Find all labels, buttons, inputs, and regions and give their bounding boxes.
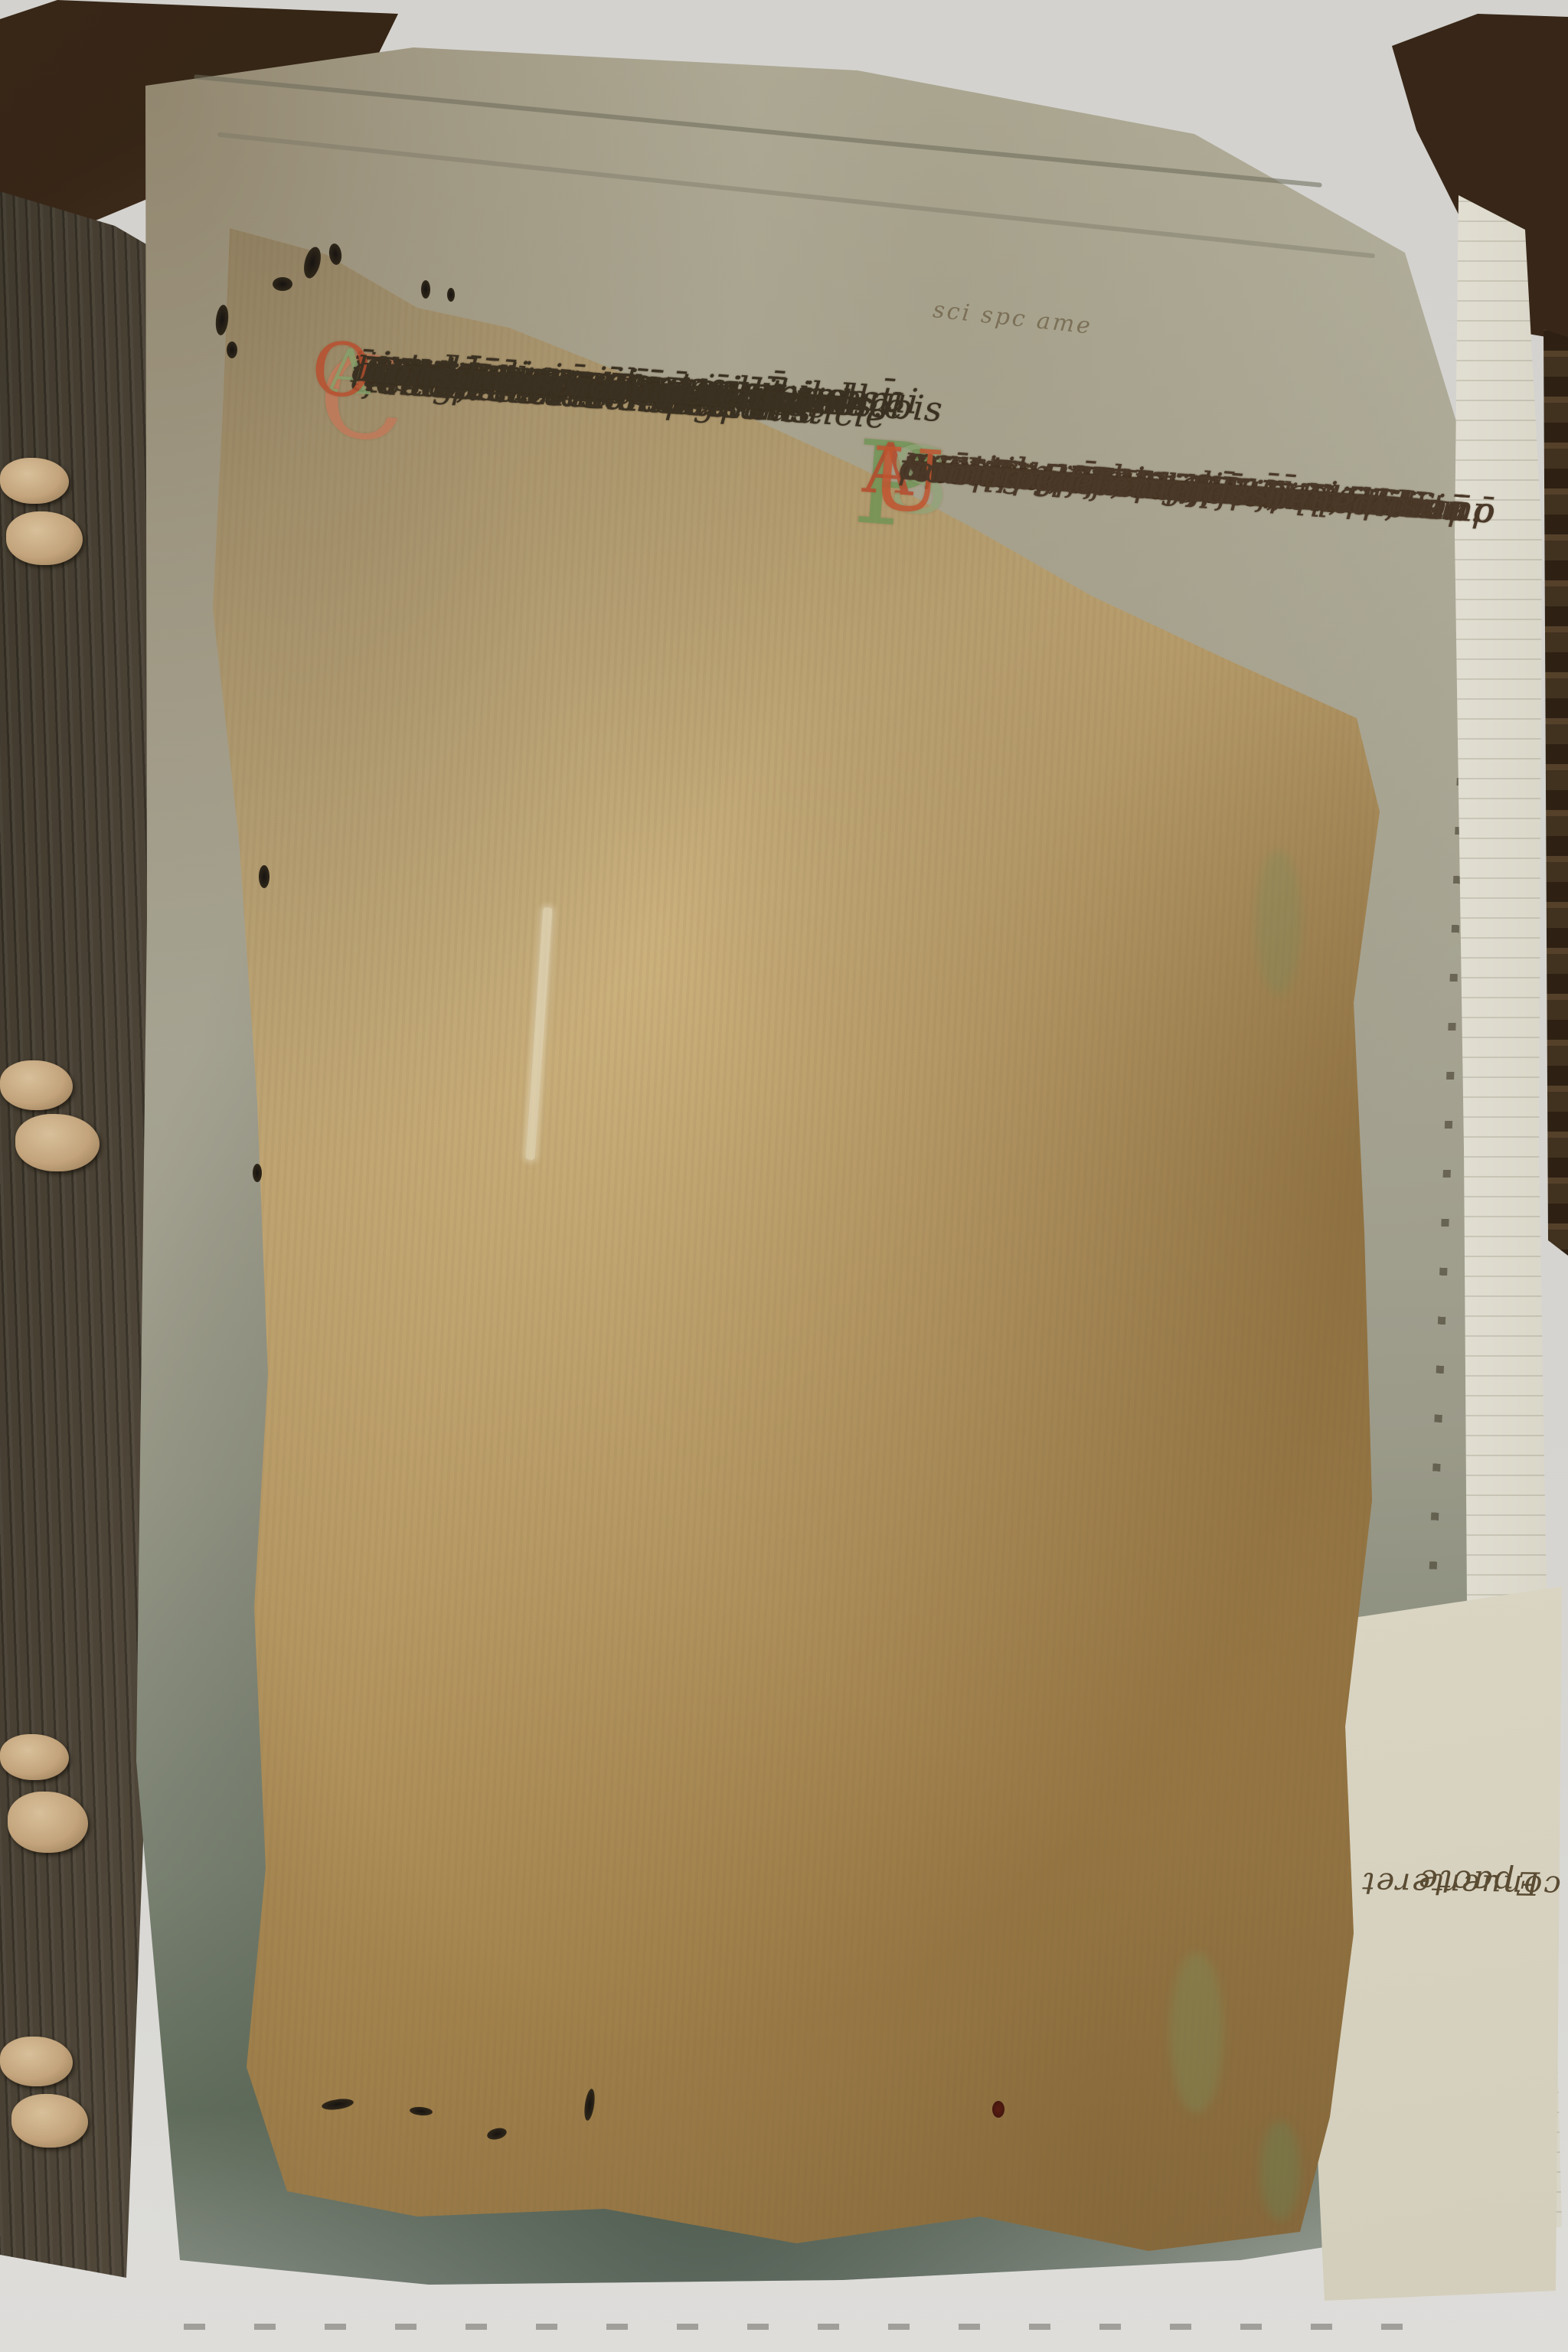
backdrop-dash-marks	[184, 2324, 1424, 2330]
sewing-thong	[0, 2037, 73, 2086]
green-stain	[1260, 2121, 1300, 2220]
sewing-thong	[11, 2094, 88, 2148]
wormhole	[421, 280, 430, 299]
flyleaf-word: Epacte	[1416, 1848, 1561, 1916]
sewing-thong	[6, 511, 83, 565]
wormhole	[259, 865, 269, 888]
wormhole	[273, 277, 292, 291]
green-stain	[1170, 1952, 1223, 2113]
stain-spot	[992, 2101, 1004, 2118]
sewing-thong	[15, 1114, 100, 1171]
green-stain	[1256, 850, 1302, 995]
wormhole	[253, 1164, 262, 1182]
sewing-thong	[0, 1060, 73, 1110]
wormhole	[447, 288, 455, 302]
wormhole	[227, 341, 237, 358]
sewing-thong	[8, 1792, 88, 1853]
sewing-thong	[0, 458, 69, 504]
photo-of-medieval-manuscript: conuerteret Epacte sci spc ame uirtutē ō…	[0, 0, 1568, 2352]
sewing-thong	[0, 1734, 69, 1780]
